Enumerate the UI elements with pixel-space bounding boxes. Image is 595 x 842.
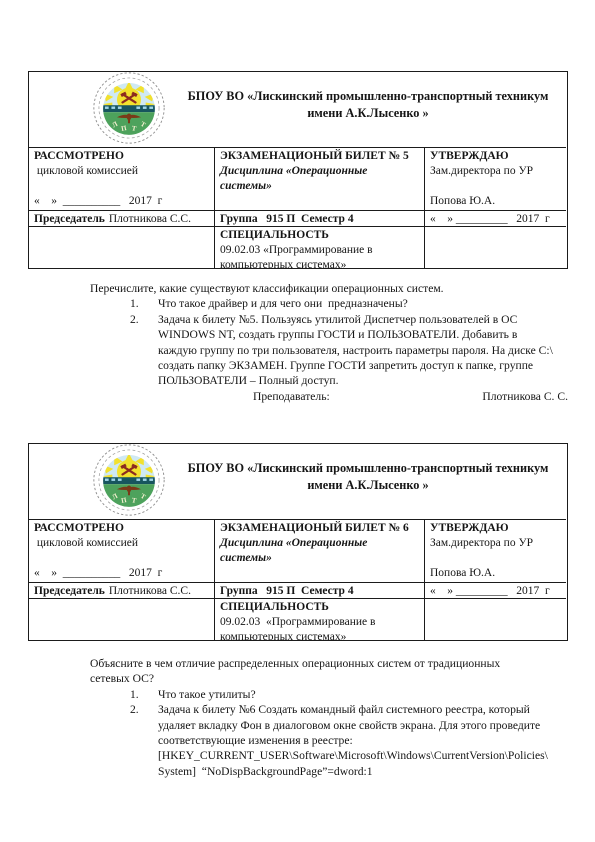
cell-reviewed: РАССМОТРЕНО цикловой комиссией « » _____… <box>29 519 214 582</box>
ticket-number: ЭКЗАМЕНАЦИОНЫЙ БИЛЕТ № 6 <box>220 521 409 536</box>
approve-title: УТВЕРЖДАЮ <box>430 521 509 536</box>
group-semester: Группа 915 П Семестр 4 <box>220 212 354 226</box>
ticket-table: РАССМОТРЕНО цикловой комиссией « » _____… <box>29 147 567 268</box>
organization-title: БПОУ ВО «Лискинский промышленно-транспор… <box>177 460 559 494</box>
cell-approve: УТВЕРЖДАЮ Зам.директора по УР Попова Ю.А… <box>424 519 566 582</box>
organization-title: БПОУ ВО «Лискинский промышленно-транспор… <box>177 88 559 122</box>
reviewed-date-line: « » __________ 2017 г <box>34 194 162 209</box>
discipline: Дисциплина «Операционные системы» <box>220 164 419 194</box>
specialty-text: 09.02.03 «Программирование в компьютерны… <box>220 243 373 268</box>
cell-specialty: СПЕЦИАЛЬНОСТЬ 09.02.03 «Программирование… <box>214 226 424 268</box>
cell-empty-left <box>29 226 214 268</box>
question-item: 2. Задача к билету №6 Создать командный … <box>130 702 570 779</box>
cell-empty-right <box>424 226 566 268</box>
ticket-5-questions: Перечислите, какие существуют классифика… <box>90 281 570 404</box>
approve-title: УТВЕРЖДАЮ <box>430 149 509 164</box>
question-number: 2. <box>130 312 158 389</box>
specialty-title: СПЕЦИАЛЬНОСТЬ <box>220 228 329 243</box>
question-item: 1. Что такое драйвер и для чего они пред… <box>130 296 570 311</box>
ticket-header: Л П Т Т БПОУ ВО «Лискинский промышленно-… <box>29 444 567 519</box>
cell-approve-date: « » _________ 2017 г <box>424 210 566 226</box>
ticket-number: ЭКЗАМЕНАЦИОНЫЙ БИЛЕТ № 5 <box>220 149 409 164</box>
org-line1: БПОУ ВО «Лискинский промышленно-транспор… <box>177 460 559 477</box>
teacher-line: Преподаватель: Плотникова С. С. <box>90 389 568 404</box>
cell-empty-right <box>424 598 566 640</box>
reviewed-date-line: « » __________ 2017 г <box>34 566 162 581</box>
approve-date-line: « » _________ 2017 г <box>430 584 550 598</box>
teacher-name: Плотникова С. С. <box>482 389 568 404</box>
cell-chair: ПредседательПлотникова С.С. <box>29 210 214 226</box>
cell-group: Группа 915 П Семестр 4 <box>214 582 424 598</box>
ticket-header: Л П Т Т БПОУ ВО «Лискинский промышленно-… <box>29 72 567 147</box>
exam-ticket-6: Л П Т Т БПОУ ВО «Лискинский промышленно-… <box>28 443 568 641</box>
cell-group: Группа 915 П Семестр 4 <box>214 210 424 226</box>
question-item: 1. Что такое утилиты? <box>130 687 570 702</box>
chair-line: ПредседательПлотникова С.С. <box>34 212 191 226</box>
approver-name: Попова Ю.А. <box>430 194 495 209</box>
question-intro: Перечислите, какие существуют классифика… <box>90 281 570 296</box>
cell-reviewed: РАССМОТРЕНО цикловой комиссией « » _____… <box>29 147 214 210</box>
teacher-label: Преподаватель: <box>253 389 330 404</box>
org-line2: имени А.К.Лысенко » <box>177 477 559 494</box>
chair-name: Плотникова С.С. <box>109 585 191 597</box>
cell-specialty: СПЕЦИАЛЬНОСТЬ 09.02.03 «Программирование… <box>214 598 424 640</box>
approver-name: Попова Ю.А. <box>430 566 495 581</box>
discipline: Дисциплина «Операционные системы» <box>220 536 419 566</box>
approve-subtitle: Зам.директора по УР <box>430 536 533 551</box>
question-item: 2. Задача к билету №5. Пользуясь утилито… <box>130 312 570 389</box>
question-number: 1. <box>130 687 158 702</box>
cell-ticket-title: ЭКЗАМЕНАЦИОНЫЙ БИЛЕТ № 5 Дисциплина «Опе… <box>214 147 424 210</box>
chair-label: Председатель <box>34 213 105 225</box>
college-logo-icon: Л П Т Т <box>91 71 167 145</box>
approve-date-line: « » _________ 2017 г <box>430 212 550 226</box>
question-intro: Объясните в чем отличие распределенных о… <box>90 656 570 687</box>
document-page: Л П Т Т БПОУ ВО «Лискинский промышленно-… <box>0 0 595 842</box>
approve-subtitle: Зам.директора по УР <box>430 164 533 179</box>
exam-ticket-5: Л П Т Т БПОУ ВО «Лискинский промышленно-… <box>28 71 568 269</box>
cell-approve-date: « » _________ 2017 г <box>424 582 566 598</box>
cell-empty-left <box>29 598 214 640</box>
cell-approve: УТВЕРЖДАЮ Зам.директора по УР Попова Ю.А… <box>424 147 566 210</box>
question-text: Задача к билету №6 Создать командный фай… <box>158 702 548 779</box>
specialty-text: 09.02.03 «Программирование в компьютерны… <box>220 615 375 640</box>
question-number: 2. <box>130 702 158 779</box>
org-line1: БПОУ ВО «Лискинский промышленно-транспор… <box>177 88 559 105</box>
chair-name: Плотникова С.С. <box>109 213 191 225</box>
question-text: Задача к билету №5. Пользуясь утилитой Д… <box>158 312 553 389</box>
group-semester: Группа 915 П Семестр 4 <box>220 584 354 598</box>
ticket-table: РАССМОТРЕНО цикловой комиссией « » _____… <box>29 519 567 640</box>
cell-ticket-title: ЭКЗАМЕНАЦИОНЫЙ БИЛЕТ № 6 Дисциплина «Опе… <box>214 519 424 582</box>
chair-label: Председатель <box>34 585 105 597</box>
ticket-6-questions: Объясните в чем отличие распределенных о… <box>90 656 570 779</box>
reviewed-title: РАССМОТРЕНО <box>34 149 124 164</box>
question-text: Что такое драйвер и для чего они предназ… <box>158 296 408 311</box>
question-text: Что такое утилиты? <box>158 687 256 702</box>
chair-line: ПредседательПлотникова С.С. <box>34 584 191 598</box>
reviewed-subtitle: цикловой комиссией <box>34 536 138 551</box>
reviewed-subtitle: цикловой комиссией <box>34 164 138 179</box>
specialty-title: СПЕЦИАЛЬНОСТЬ <box>220 600 329 615</box>
question-number: 1. <box>130 296 158 311</box>
cell-chair: ПредседательПлотникова С.С. <box>29 582 214 598</box>
org-line2: имени А.К.Лысенко » <box>177 105 559 122</box>
reviewed-title: РАССМОТРЕНО <box>34 521 124 536</box>
college-logo-icon: Л П Т Т <box>91 443 167 517</box>
